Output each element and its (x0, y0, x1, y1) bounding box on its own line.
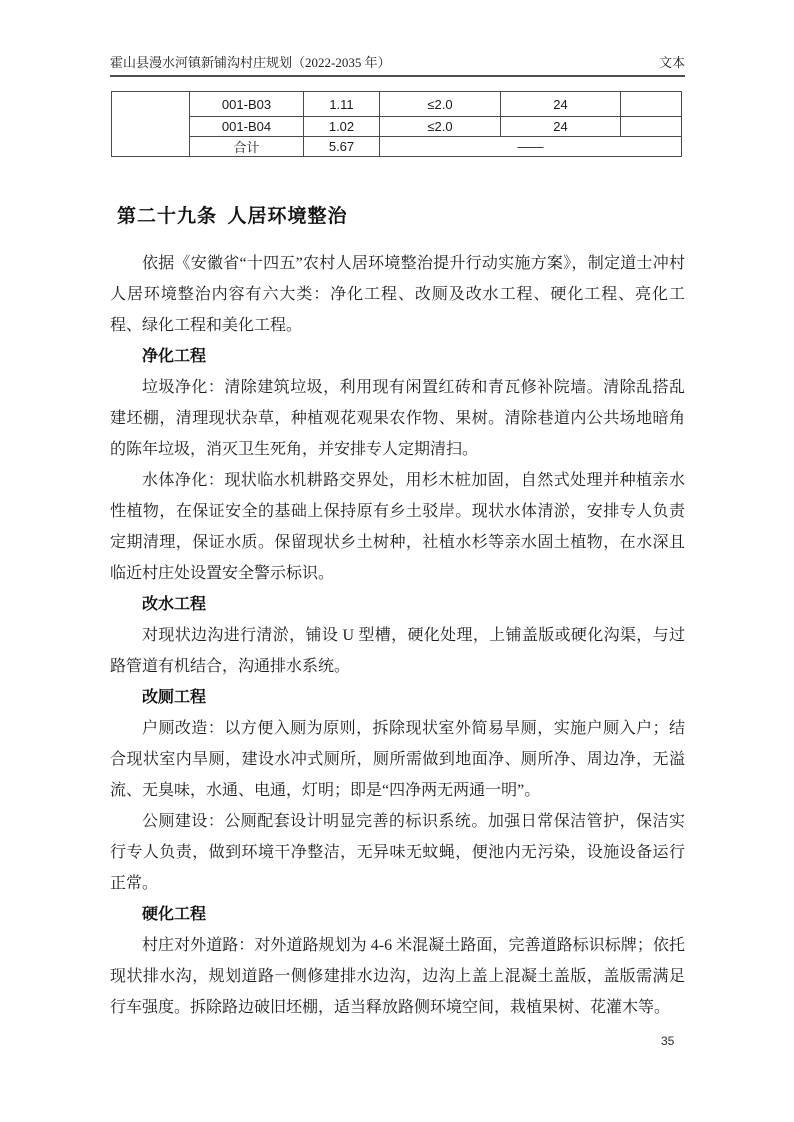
land-use-table: 001-B03 1.11 ≤2.0 24 001-B04 1.02 ≤2.0 2… (111, 91, 682, 157)
table-cell-right-empty (621, 117, 682, 137)
table-cell-days: 24 (501, 117, 621, 137)
header-rule (110, 75, 685, 77)
table-cell-code: 001-B03 (190, 92, 304, 117)
paragraph: 公厕建设：公厕配套设计明显完善的标识系统。加强日常保洁管护，保洁实行专人负责，做… (110, 806, 685, 899)
table-cell-code: 001-B04 (190, 117, 304, 137)
article-heading: 第二十九条 人居环境整治 (117, 201, 348, 228)
table-cell-left-empty (112, 92, 190, 157)
paragraph: 户厕改造：以方便入厕为原则，拆除现状室外简易旱厕，实施户厕入户；结合现状室内旱厕… (110, 713, 685, 806)
table-row: 001-B03 1.11 ≤2.0 24 (112, 92, 682, 117)
table-cell-days: 24 (501, 92, 621, 117)
paragraph: 对现状边沟进行清淤，铺设 U 型槽，硬化处理，上铺盖版或硬化沟渠，与过路管道有机… (110, 620, 685, 682)
header-title: 霍山县漫水河镇新铺沟村庄规划（2022-2035 年） (110, 52, 391, 71)
subheading-hardening: 硬化工程 (110, 899, 685, 930)
paragraph: 水体净化：现状临水机耕路交界处，用杉木桩加固，自然式处理并种植亲水性植物，在保证… (110, 465, 685, 589)
header-doc-type: 文本 (659, 52, 685, 71)
page-number: 35 (661, 1034, 674, 1048)
table-row-total: 合计 5.67 —— (112, 137, 682, 157)
article-body: 依据《安徽省“十四五”农村人居环境整治提升行动实施方案》，制定道士冲村人居环境整… (110, 248, 685, 1023)
table-cell-right-empty (621, 92, 682, 117)
paragraph: 依据《安徽省“十四五”农村人居环境整治提升行动实施方案》，制定道士冲村人居环境整… (110, 248, 685, 341)
paragraph: 村庄对外道路：对外道路规划为 4-6 米混凝土路面，完善道路标识标牌；依托现状排… (110, 930, 685, 1023)
table-cell-total-area: 5.67 (304, 137, 380, 157)
table-row: 001-B04 1.02 ≤2.0 24 (112, 117, 682, 137)
table-cell-merged-dash: —— (380, 137, 682, 157)
table-cell-limit: ≤2.0 (380, 117, 501, 137)
table-cell-area: 1.02 (304, 117, 380, 137)
table-cell-total-label: 合计 (190, 137, 304, 157)
subheading-water-improvement: 改水工程 (110, 589, 685, 620)
document-page: 霍山县漫水河镇新铺沟村庄规划（2022-2035 年） 文本 001-B03 1… (0, 0, 794, 1122)
subheading-purification: 净化工程 (110, 341, 685, 372)
paragraph: 垃圾净化：清除建筑垃圾，利用现有闲置红砖和青瓦修补院墙。清除乱搭乱建坯棚，清理现… (110, 372, 685, 465)
table-cell-area: 1.11 (304, 92, 380, 117)
table-cell-limit: ≤2.0 (380, 92, 501, 117)
subheading-toilet-improvement: 改厕工程 (110, 682, 685, 713)
